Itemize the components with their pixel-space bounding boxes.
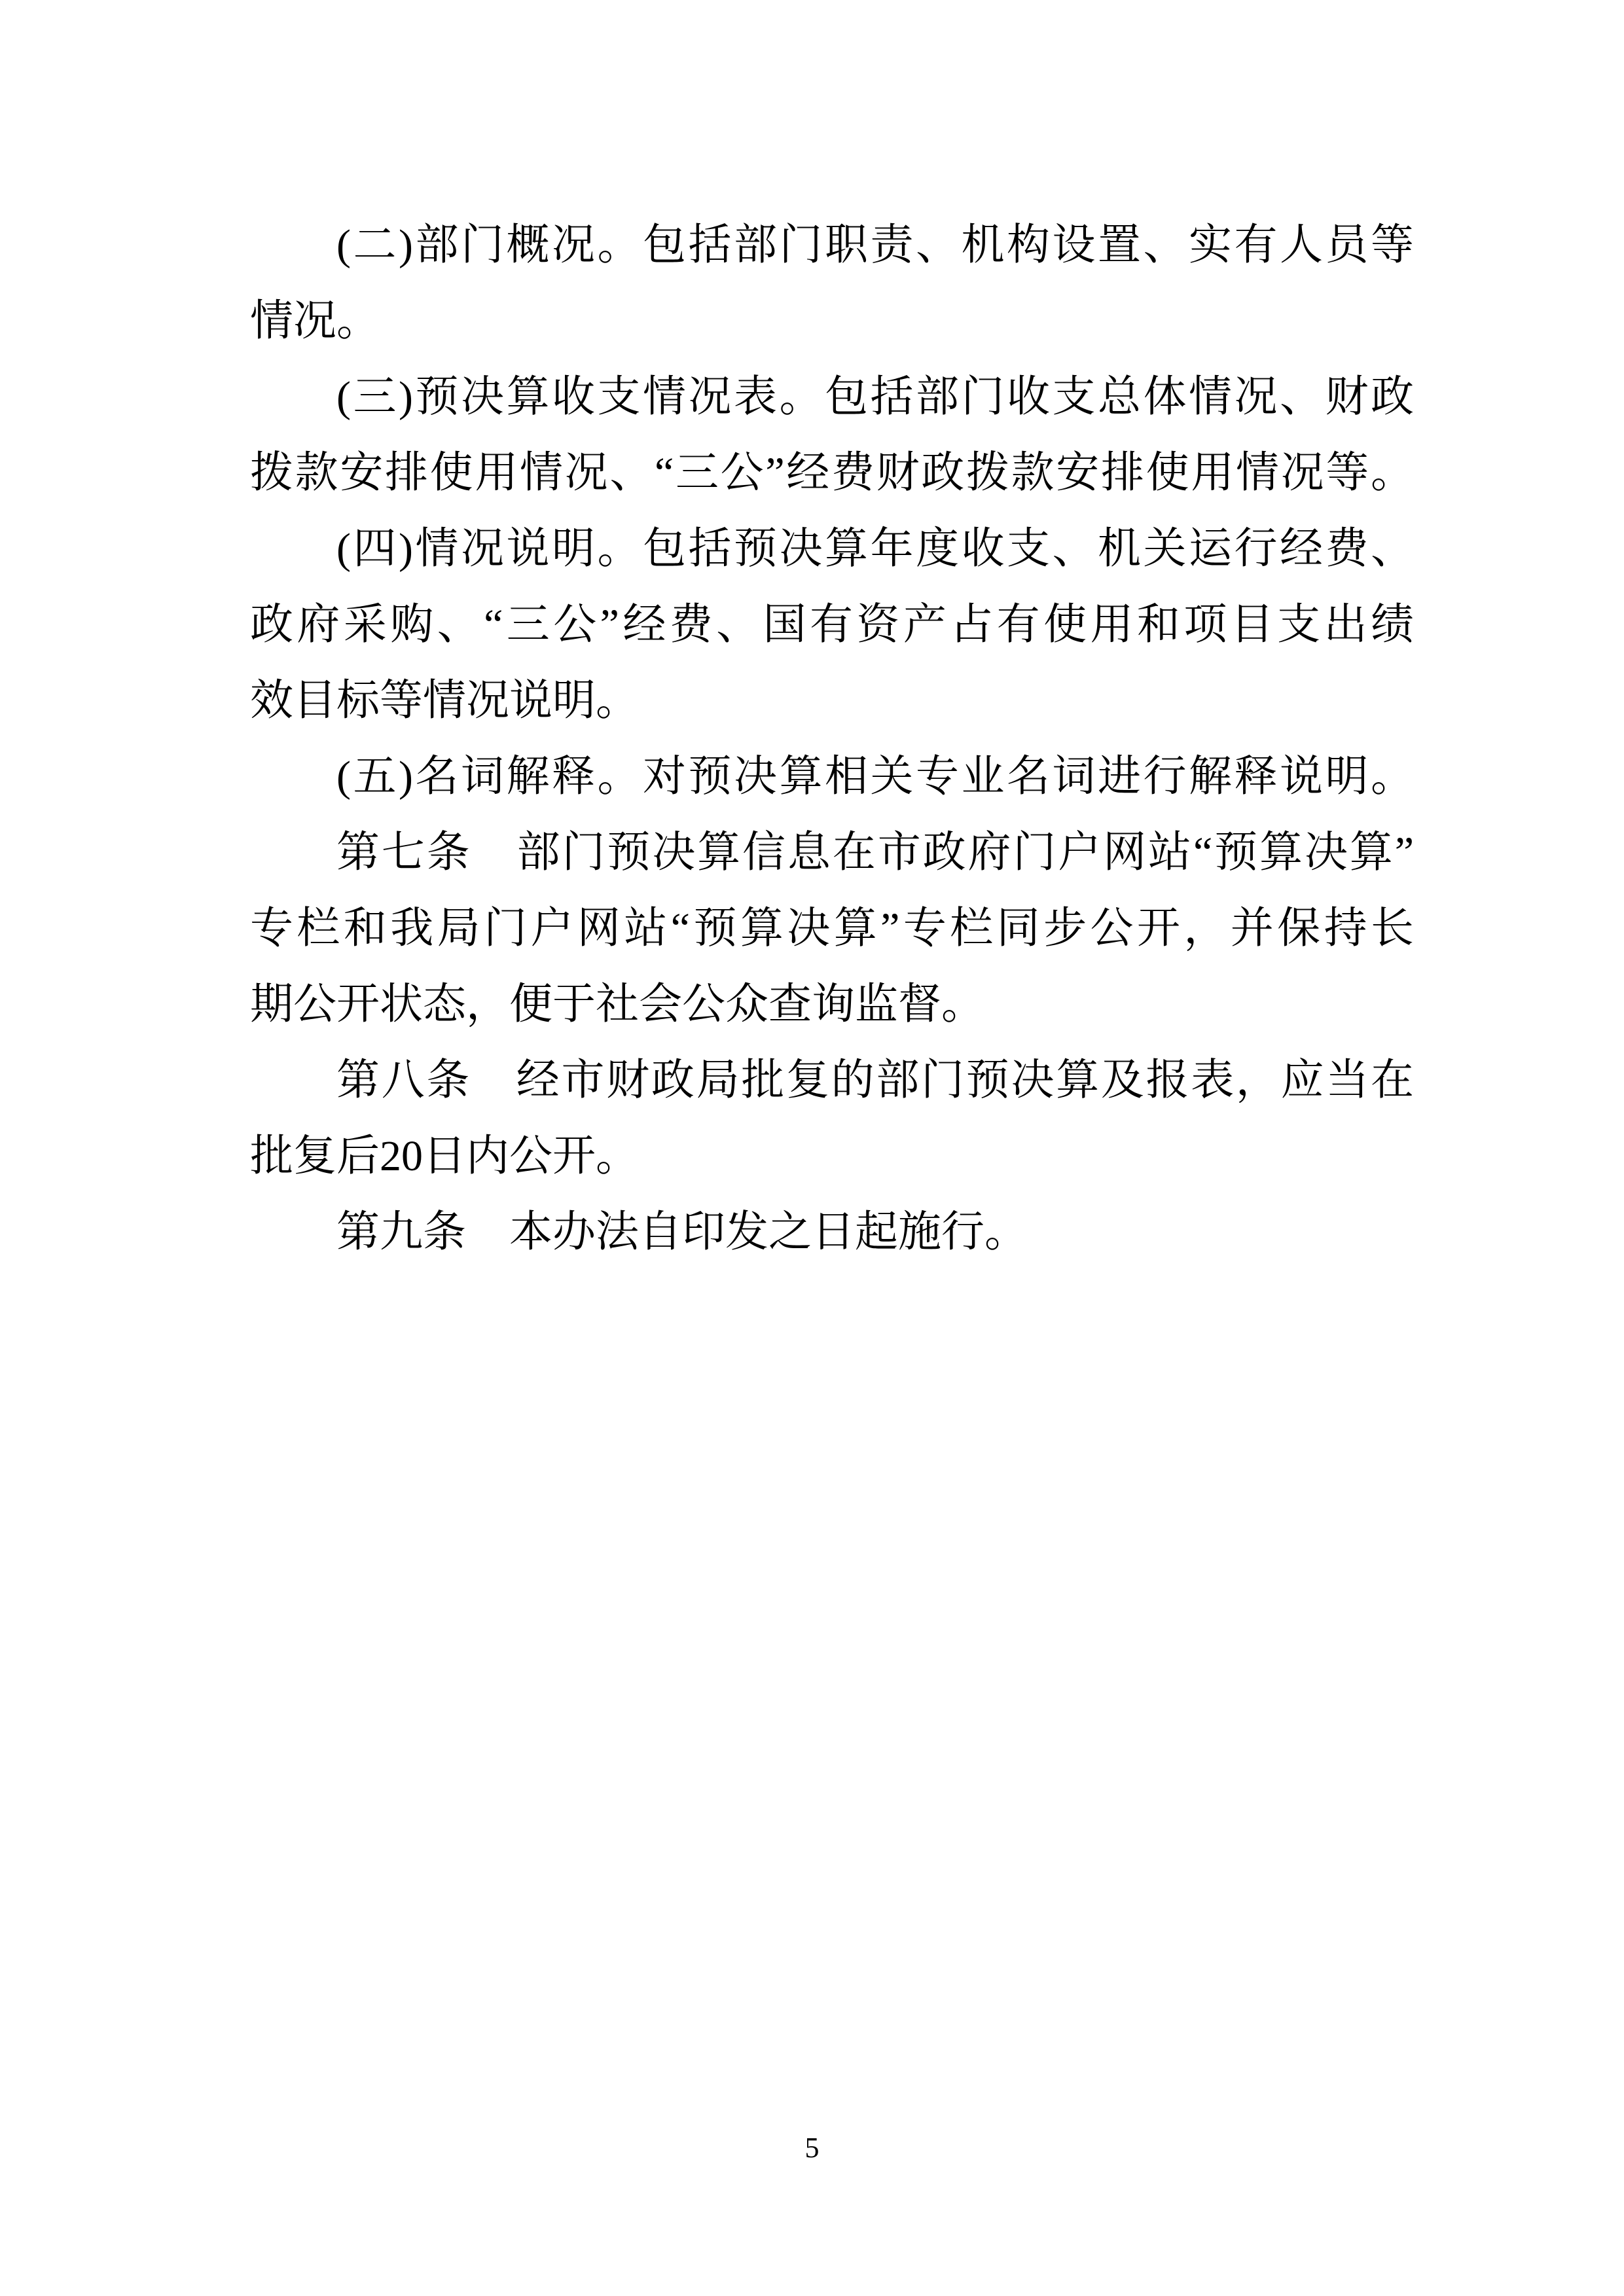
paragraph: 第八条 经市财政局批复的部门预决算及报表，应当在批复后20日内公开。 [250, 1043, 1414, 1194]
paragraph: (五)名词解释。对预决算相关专业名词进行解释说明。 [250, 739, 1414, 815]
text-line: 第八条 经市财政局批复的部门预决算及报表，应当在 [250, 1043, 1414, 1119]
text-line: 拨款安排使用情况、“三公”经费财政拨款安排使用情况等。 [250, 435, 1414, 511]
document-page: (二)部门概况。包括部门职责、机构设置、实有人员等情况。(三)预决算收支情况表。… [0, 0, 1624, 2296]
paragraph: 第七条 部门预决算信息在市政府门户网站“预算决算”专栏和我局门户网站“预算决算”… [250, 815, 1414, 1043]
text-line: 第七条 部门预决算信息在市政府门户网站“预算决算” [250, 815, 1414, 891]
text-line: 效目标等情况说明。 [250, 663, 1414, 739]
page-number: 5 [0, 2131, 1624, 2165]
text-line: 第九条 本办法自印发之日起施行。 [250, 1194, 1414, 1270]
text-line: (二)部门概况。包括部门职责、机构设置、实有人员等 [250, 207, 1414, 283]
text-line: (四)情况说明。包括预决算年度收支、机关运行经费、 [250, 511, 1414, 587]
text-line: 政府采购、“三公”经费、国有资产占有使用和项目支出绩 [250, 587, 1414, 663]
text-line: 批复后20日内公开。 [250, 1119, 1414, 1194]
document-body: (二)部门概况。包括部门职责、机构设置、实有人员等情况。(三)预决算收支情况表。… [250, 207, 1414, 1270]
paragraph: (二)部门概况。包括部门职责、机构设置、实有人员等情况。 [250, 207, 1414, 359]
text-line: (三)预决算收支情况表。包括部门收支总体情况、财政 [250, 359, 1414, 435]
paragraph: (三)预决算收支情况表。包括部门收支总体情况、财政拨款安排使用情况、“三公”经费… [250, 359, 1414, 511]
text-line: 情况。 [250, 283, 1414, 359]
paragraph: (四)情况说明。包括预决算年度收支、机关运行经费、政府采购、“三公”经费、国有资… [250, 511, 1414, 739]
text-line: (五)名词解释。对预决算相关专业名词进行解释说明。 [250, 739, 1414, 815]
text-line: 期公开状态，便于社会公众查询监督。 [250, 967, 1414, 1043]
paragraph: 第九条 本办法自印发之日起施行。 [250, 1194, 1414, 1270]
text-line: 专栏和我局门户网站“预算决算”专栏同步公开，并保持长 [250, 891, 1414, 967]
